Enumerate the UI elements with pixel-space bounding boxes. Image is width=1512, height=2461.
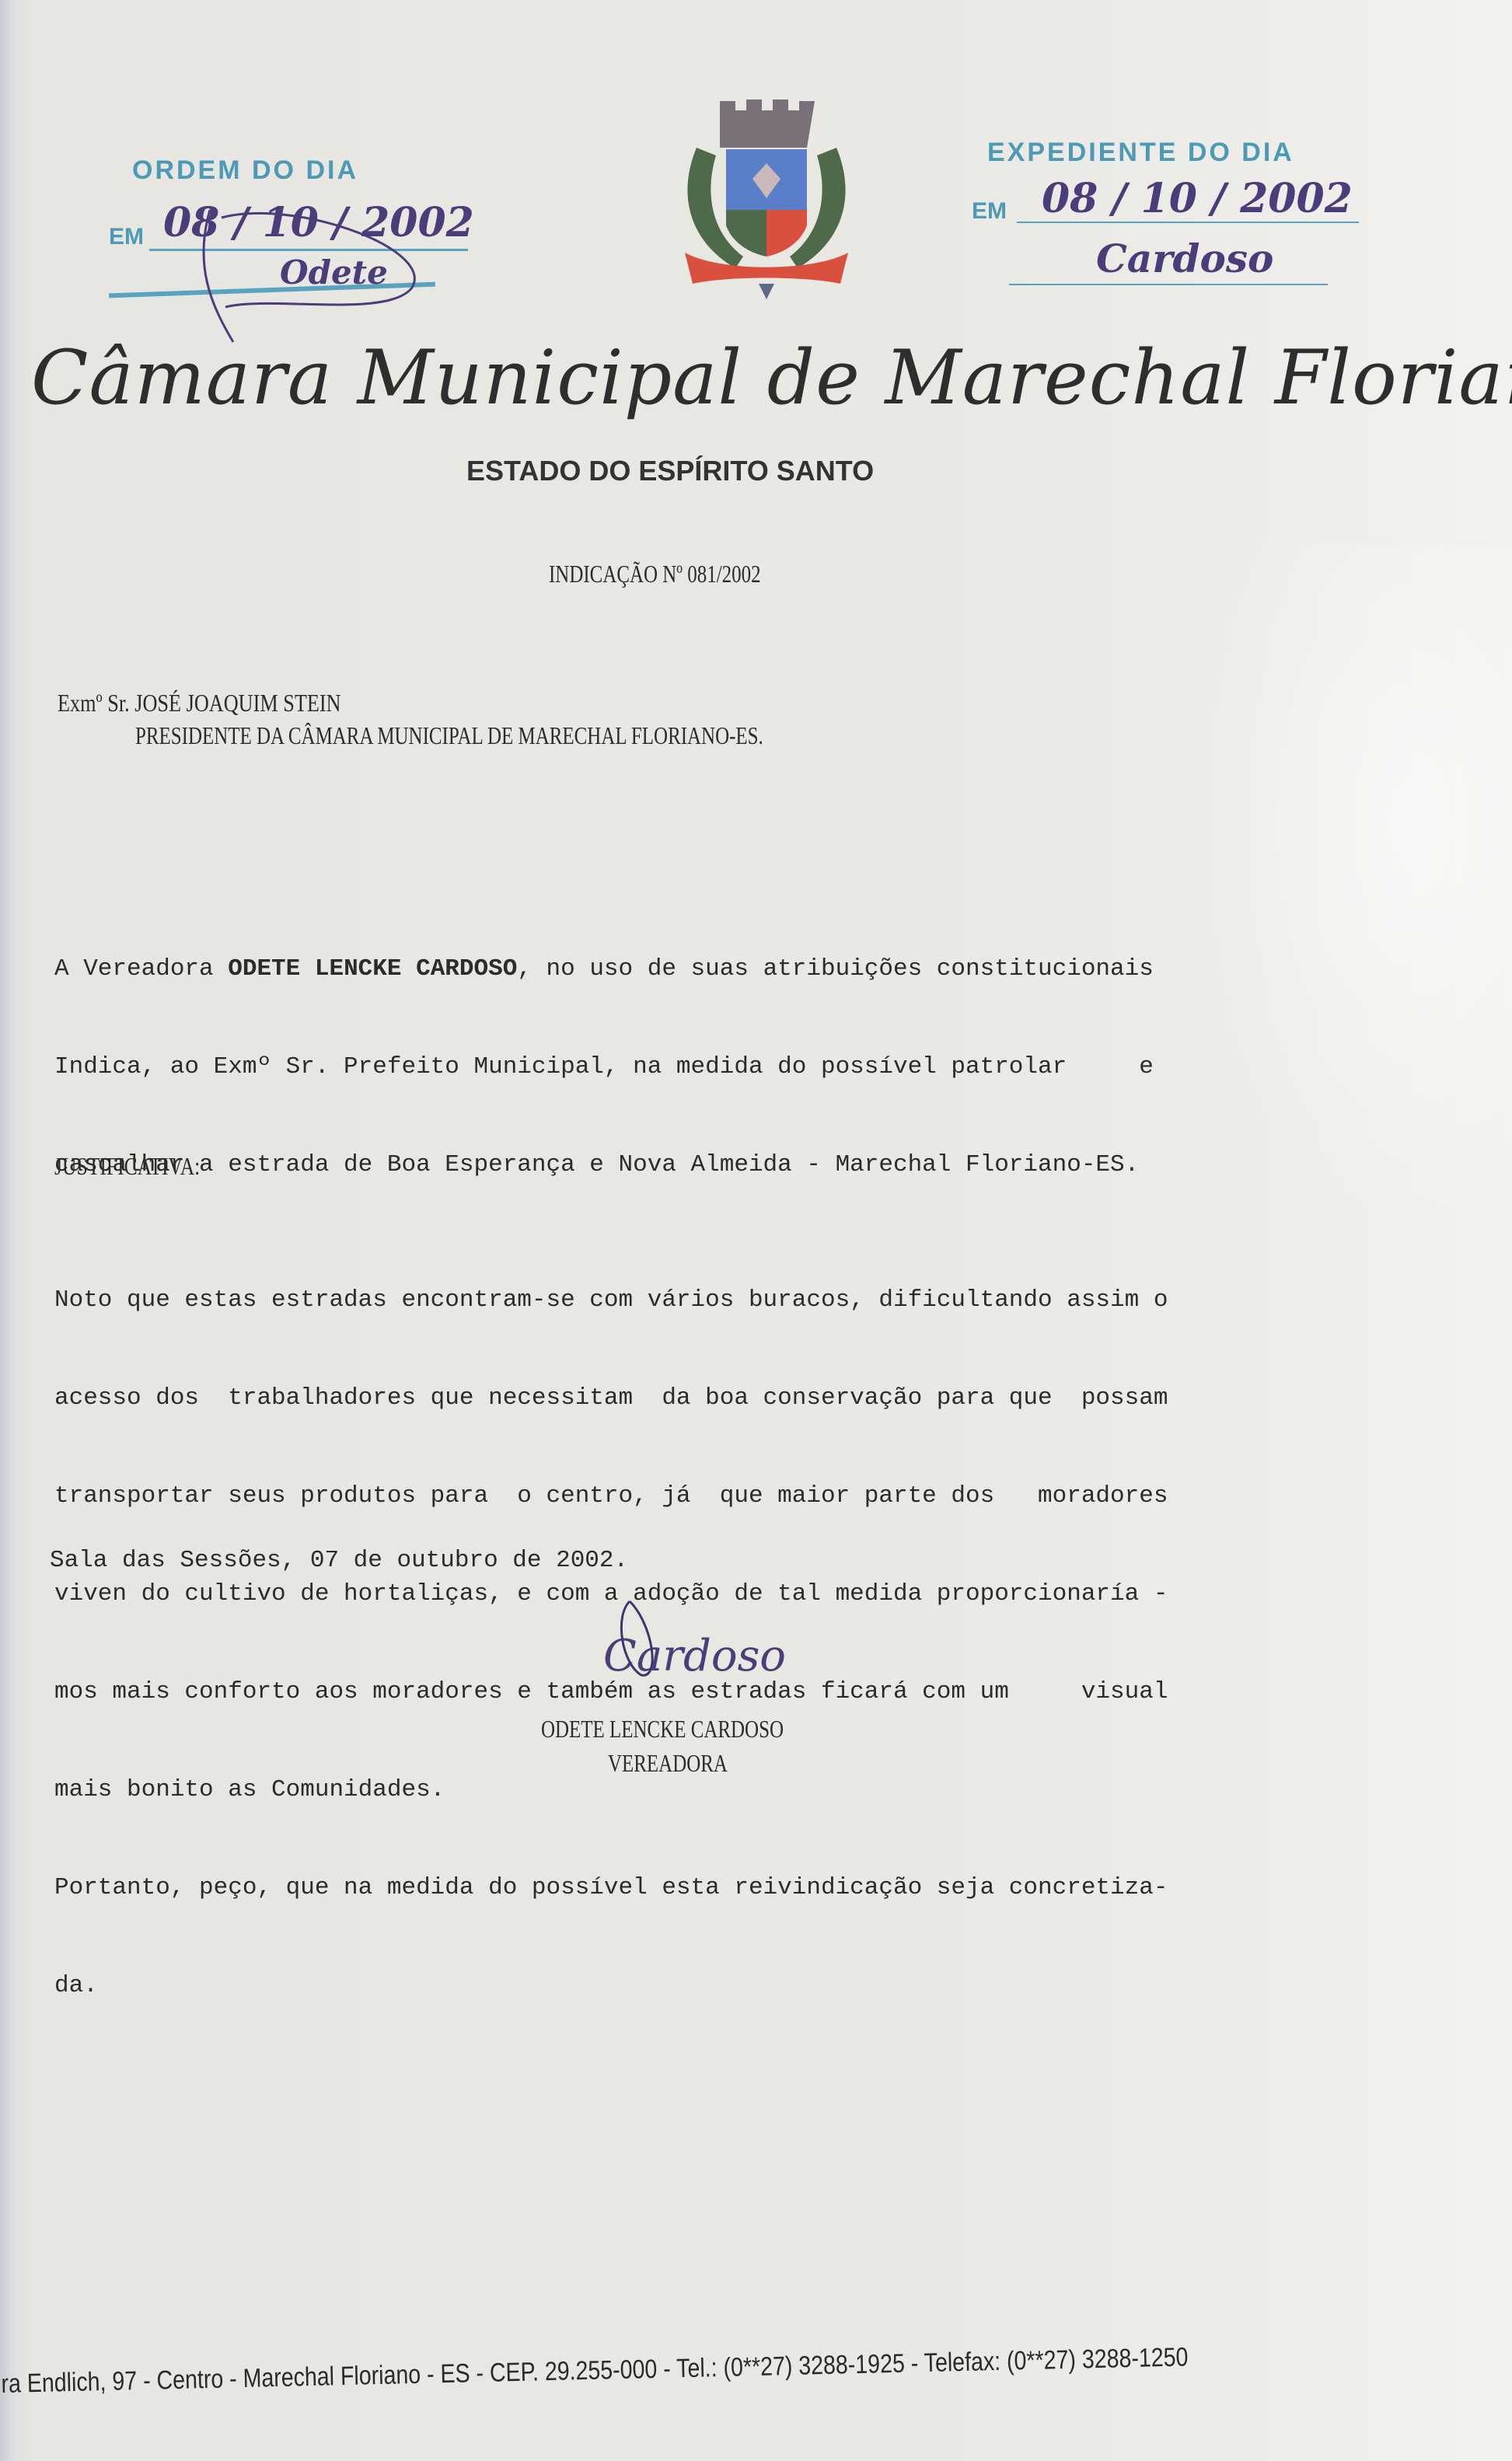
intro-line-1-rest: , no uso de suas atribuições constitucio… [517,955,1154,983]
ordem-do-dia-stamp: ORDEM DO DIA EM 08 / 10 / 2002 Odete [132,155,505,311]
justificativa-line: da. [54,1970,1168,2002]
coat-of-arms-icon [673,86,860,303]
handwritten-date: 08 / 10 / 2002 [1042,175,1353,222]
footer-address: ra Endlich, 97 - Centro - Marechal Flori… [1,2342,1189,2400]
handwritten-signature: Cardoso [1096,236,1273,281]
justificativa-line: Noto que estas estradas encontram-se com… [54,1284,1168,1317]
addressee-title: PRESIDENTE DA CÂMARA MUNICIPAL DE MARECH… [135,721,763,750]
state-subtitle: ESTADO DO ESPÍRITO SANTO [466,455,874,487]
expediente-do-dia-stamp: EXPEDIENTE DO DIA EM 08 / 10 / 2002 Card… [987,136,1392,307]
stamp-em-label: EM [972,198,1007,225]
document-number: INDICAÇÃO Nº 081/2002 [549,560,761,588]
addressee-name: Exmº Sr. JOSÉ JOAQUIM STEIN [58,689,341,717]
stamp-title: ORDEM DO DIA [132,155,358,186]
intro-line-3: cascalhar a estrada de Boa Esperança e N… [54,1149,1154,1182]
justificativa-line: mais bonito as Comunidades. [54,1774,1168,1806]
signer-name: ODETE LENCKE CARDOSO [541,1715,784,1744]
justificativa-line: Portanto, peço, que na medida do possíve… [54,1872,1168,1904]
signature-flourish [179,202,459,350]
masthead-title: Câmara Municipal de Marechal Floriano [31,334,1392,421]
councilor-name: ODETE LENCKE CARDOSO [228,955,517,983]
document-page: ORDEM DO DIA EM 08 / 10 / 2002 Odete EXP… [23,0,1512,2461]
justificativa-line: acesso dos trabalhadores que necessitam … [54,1382,1168,1415]
signature-line [1009,284,1328,285]
justificativa-line: transportar seus produtos para o centro,… [54,1480,1168,1513]
intro-line-1: A Vereadora ODETE LENCKE CARDOSO, no uso… [54,953,1154,986]
justificativa-heading: JUSTIFICATIVA: [54,1152,200,1181]
signer-role: VEREADORA [608,1749,728,1778]
intro-line-2: Indica, ao Exmº Sr. Prefeito Municipal, … [54,1051,1154,1084]
intro-paragraph: A Vereadora ODETE LENCKE CARDOSO, no uso… [54,888,1154,1247]
place-date: Sala das Sessões, 07 de outubro de 2002. [50,1547,628,1574]
stamp-title: EXPEDIENTE DO DIA [987,138,1294,168]
signature-loop [599,1594,669,1687]
photo-glare [1186,544,1512,1244]
intro-prefix: A Vereadora [54,955,228,983]
stamp-em-label: EM [109,224,144,250]
